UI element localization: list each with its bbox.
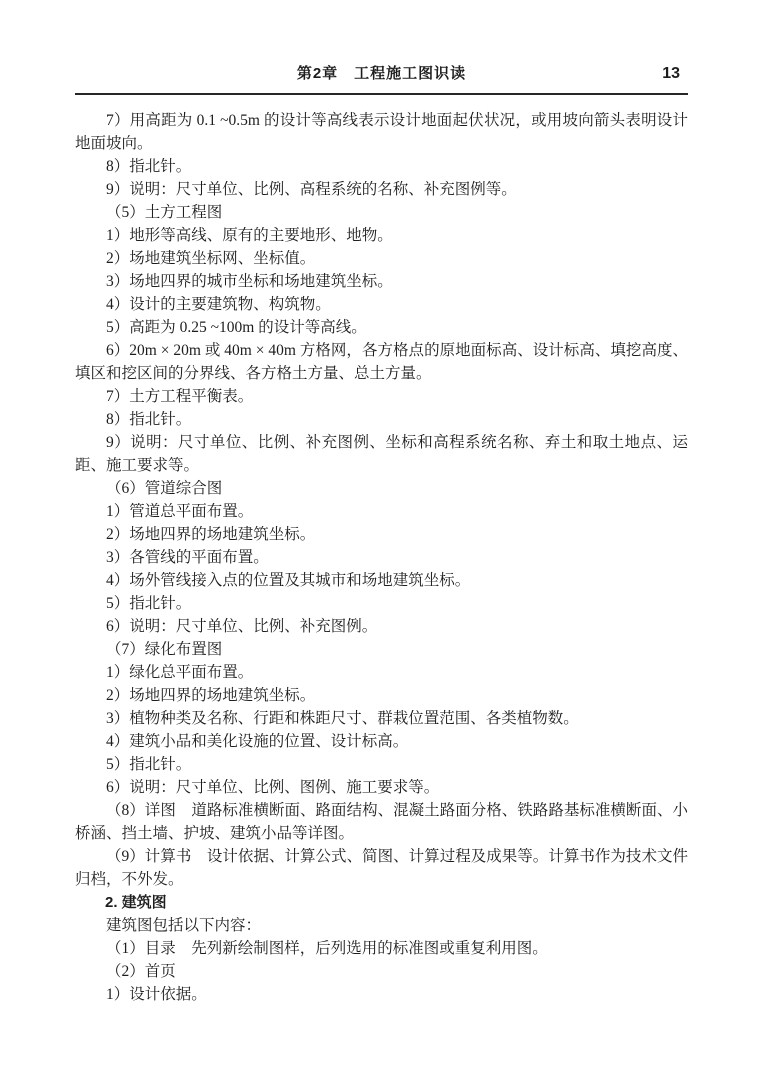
paragraph: 2）场地建筑坐标网、坐标值。 xyxy=(75,247,688,270)
header-rule xyxy=(75,93,688,95)
paragraph: 1）设计依据。 xyxy=(75,983,688,1006)
paragraph: 7）用高距为 0.1 ~0.5m 的设计等高线表示设计地面起伏状况，或用坡向箭头… xyxy=(75,109,688,155)
chapter-title: 第2章 工程施工图识读 xyxy=(75,62,688,86)
paragraph: 1）地形等高线、原有的主要地形、地物。 xyxy=(75,224,688,247)
paragraph: 3）植物种类及名称、行距和株距尺寸、群栽位置范围、各类植物数。 xyxy=(75,707,688,730)
paragraph: 6）说明：尺寸单位、比例、图例、施工要求等。 xyxy=(75,776,688,799)
paragraph: 6）20m × 20m 或 40m × 40m 方格网，各方格点的原地面标高、设… xyxy=(75,339,688,385)
paragraph: 1）管道总平面布置。 xyxy=(75,500,688,523)
paragraph: （2）首页 xyxy=(75,960,688,983)
paragraph: （1）目录 先列新绘制图样，后列选用的标准图或重复利用图。 xyxy=(75,937,688,960)
paragraph: 5）指北针。 xyxy=(75,753,688,776)
paragraph: （6）管道综合图 xyxy=(75,477,688,500)
paragraph: 7）土方工程平衡表。 xyxy=(75,385,688,408)
paragraph: （8）详图 道路标准横断面、路面结构、混凝土路面分格、铁路路基标准横断面、小桥涵… xyxy=(75,799,688,845)
paragraph: 6）说明：尺寸单位、比例、补充图例。 xyxy=(75,615,688,638)
page-number: 13 xyxy=(662,62,680,86)
paragraph: 5）指北针。 xyxy=(75,592,688,615)
paragraph: （7）绿化布置图 xyxy=(75,638,688,661)
paragraph: （5）土方工程图 xyxy=(75,201,688,224)
document-page: 第2章 工程施工图识读 13 7）用高距为 0.1 ~0.5m 的设计等高线表示… xyxy=(0,0,760,1073)
paragraph: 2）场地四界的场地建筑坐标。 xyxy=(75,523,688,546)
paragraph: 1）绿化总平面布置。 xyxy=(75,661,688,684)
page-content: 7）用高距为 0.1 ~0.5m 的设计等高线表示设计地面起伏状况，或用坡向箭头… xyxy=(75,109,688,1006)
paragraph: 5）高距为 0.25 ~100m 的设计等高线。 xyxy=(75,316,688,339)
paragraph: 3）场地四界的城市坐标和场地建筑坐标。 xyxy=(75,270,688,293)
paragraph: 9）说明：尺寸单位、比例、高程系统的名称、补充图例等。 xyxy=(75,178,688,201)
paragraph: 4）建筑小品和美化设施的位置、设计标高。 xyxy=(75,730,688,753)
paragraph: （9）计算书 设计依据、计算公式、简图、计算过程及成果等。计算书作为技术文件归档… xyxy=(75,845,688,891)
paragraph: 4）场外管线接入点的位置及其城市和场地建筑坐标。 xyxy=(75,569,688,592)
page-header: 第2章 工程施工图识读 13 xyxy=(75,62,688,86)
paragraph: 4）设计的主要建筑物、构筑物。 xyxy=(75,293,688,316)
paragraph: 9）说明：尺寸单位、比例、补充图例、坐标和高程系统名称、弃土和取土地点、运距、施… xyxy=(75,431,688,477)
paragraph: 建筑图包括以下内容： xyxy=(75,914,688,937)
paragraph: 2）场地四界的场地建筑坐标。 xyxy=(75,684,688,707)
section-heading: 2. 建筑图 xyxy=(75,891,688,914)
paragraph: 8）指北针。 xyxy=(75,408,688,431)
paragraph: 3）各管线的平面布置。 xyxy=(75,546,688,569)
paragraph: 8）指北针。 xyxy=(75,155,688,178)
